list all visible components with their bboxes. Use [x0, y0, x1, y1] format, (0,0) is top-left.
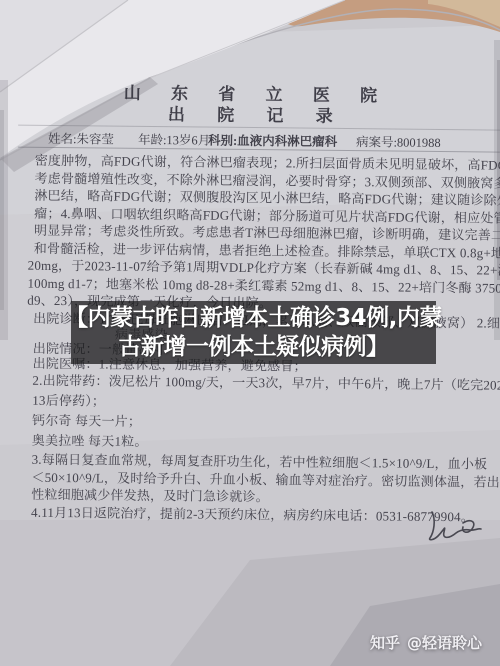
- watermark: 知乎 @轻语聆心: [370, 632, 482, 653]
- overlay-line-2: 古新增一例本土疑似病例】: [119, 333, 389, 362]
- patient-info-row: 姓名:朱容莹 年龄:13岁6月 科别:血液内科淋巴瘤科 病案号:8001988: [18, 125, 500, 153]
- news-caption-overlay: 【内蒙古昨日新增本土确诊34例,内蒙 古新增一例本土疑似病例】: [71, 301, 436, 364]
- patient-name: 姓名:朱容莹: [48, 129, 114, 148]
- watermark-handle: @轻语聆心: [407, 632, 482, 653]
- case-number: 病案号:8001988: [356, 132, 441, 151]
- overlay-line-1: 【内蒙古昨日新增本土确诊34例,内蒙: [65, 304, 442, 333]
- photo-of-discharge-record: 山 东 省 立 医 院 出 院 记 录 姓名:朱容莹 年龄:13岁6月 科别:血…: [0, 0, 500, 666]
- patient-department: 科别:血液内科淋巴瘤科: [208, 131, 337, 150]
- record-type-title: 出 院 记 录: [0, 98, 500, 128]
- patient-age: 年龄:13岁6月: [138, 130, 210, 149]
- zhihu-brand: 知乎: [370, 632, 400, 653]
- body-line: 4.11月13日返院治疗，提前2-3天预约床位，病房约床电话：0531-6877…: [31, 501, 500, 523]
